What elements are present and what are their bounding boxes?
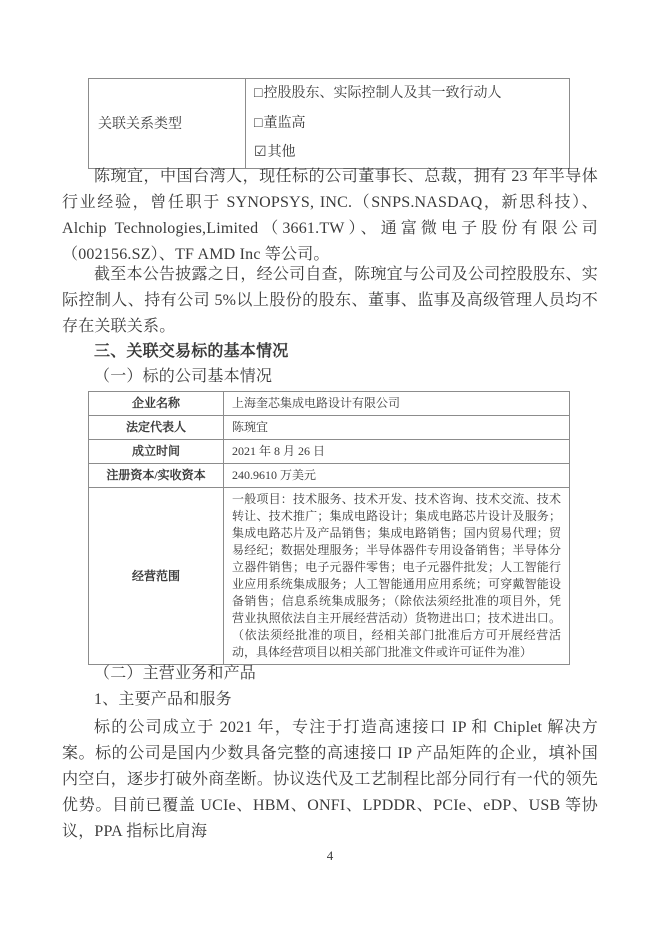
company-info-table: 企业名称 上海奎芯集成电路设计有限公司 法定代表人 陈琬宜 成立时间 2021 … <box>88 391 570 665</box>
option-label: 控股股东、实际控制人及其一致行动人 <box>263 86 501 101</box>
table-row: 法定代表人 陈琬宜 <box>89 416 570 440</box>
establishment-date-label: 成立时间 <box>89 440 224 464</box>
subsection-1-company-basics: （一）标的公司基本情况 <box>62 364 598 390</box>
checkbox-unchecked-icon: □ <box>254 116 262 131</box>
subsection-main-products: 1、主要产品和服务 <box>62 687 598 713</box>
company-name-label: 企业名称 <box>89 392 224 416</box>
document-page: 关联关系类型 □控股股东、实际控制人及其一致行动人 □董监高 ☑其他 陈琬宜，中… <box>0 0 660 933</box>
company-name-value: 上海奎芯集成电路设计有限公司 <box>224 392 570 416</box>
page-number: 4 <box>0 848 660 864</box>
table-row: 注册资本/实收资本 240.9610 万美元 <box>89 464 570 488</box>
option-controlling-shareholder: □控股股东、实际控制人及其一致行动人 <box>254 79 565 109</box>
paragraph-no-related-relationship: 截至本公告披露之日，经公司自查，陈琬宜与公司及公司控股股东、实际控制人、持有公司… <box>62 262 598 340</box>
checkbox-unchecked-icon: □ <box>254 86 262 101</box>
option-label: 其他 <box>268 145 296 160</box>
section-heading-3: 三、关联交易标的基本情况 <box>62 339 598 365</box>
business-scope-label: 经营范围 <box>89 488 224 665</box>
business-scope-value: 一般项目：技术服务、技术开发、技术咨询、技术交流、技术转让、技术推广；集成电路设… <box>224 488 570 665</box>
table-row: 企业名称 上海奎芯集成电路设计有限公司 <box>89 392 570 416</box>
subsection-2-main-business: （二）主营业务和产品 <box>62 661 598 687</box>
option-directors-supervisors: □董监高 <box>254 109 565 139</box>
registered-capital-label: 注册资本/实收资本 <box>89 464 224 488</box>
table-row: 成立时间 2021 年 8 月 26 日 <box>89 440 570 464</box>
paragraph-chen-background: 陈琬宜，中国台湾人，现任标的公司董事长、总裁，拥有 23 年半导体行业经验，曾任… <box>62 164 598 268</box>
registered-capital-value: 240.9610 万美元 <box>224 464 570 488</box>
legal-representative-label: 法定代表人 <box>89 416 224 440</box>
checkbox-checked-icon: ☑ <box>254 145 267 160</box>
table-row: 关联关系类型 □控股股东、实际控制人及其一致行动人 □董监高 ☑其他 <box>89 79 570 169</box>
legal-representative-value: 陈琬宜 <box>224 416 570 440</box>
paragraph-company-products: 标的公司成立于 2021 年，专注于打造高速接口 IP 和 Chiplet 解决… <box>62 715 598 845</box>
table-row: 经营范围 一般项目：技术服务、技术开发、技术咨询、技术交流、技术转让、技术推广；… <box>89 488 570 665</box>
relationship-type-options: □控股股东、实际控制人及其一致行动人 □董监高 ☑其他 <box>246 79 570 169</box>
relationship-type-table: 关联关系类型 □控股股东、实际控制人及其一致行动人 □董监高 ☑其他 <box>88 78 570 169</box>
option-label: 董监高 <box>263 116 305 131</box>
establishment-date-value: 2021 年 8 月 26 日 <box>224 440 570 464</box>
relationship-type-label: 关联关系类型 <box>89 79 246 169</box>
